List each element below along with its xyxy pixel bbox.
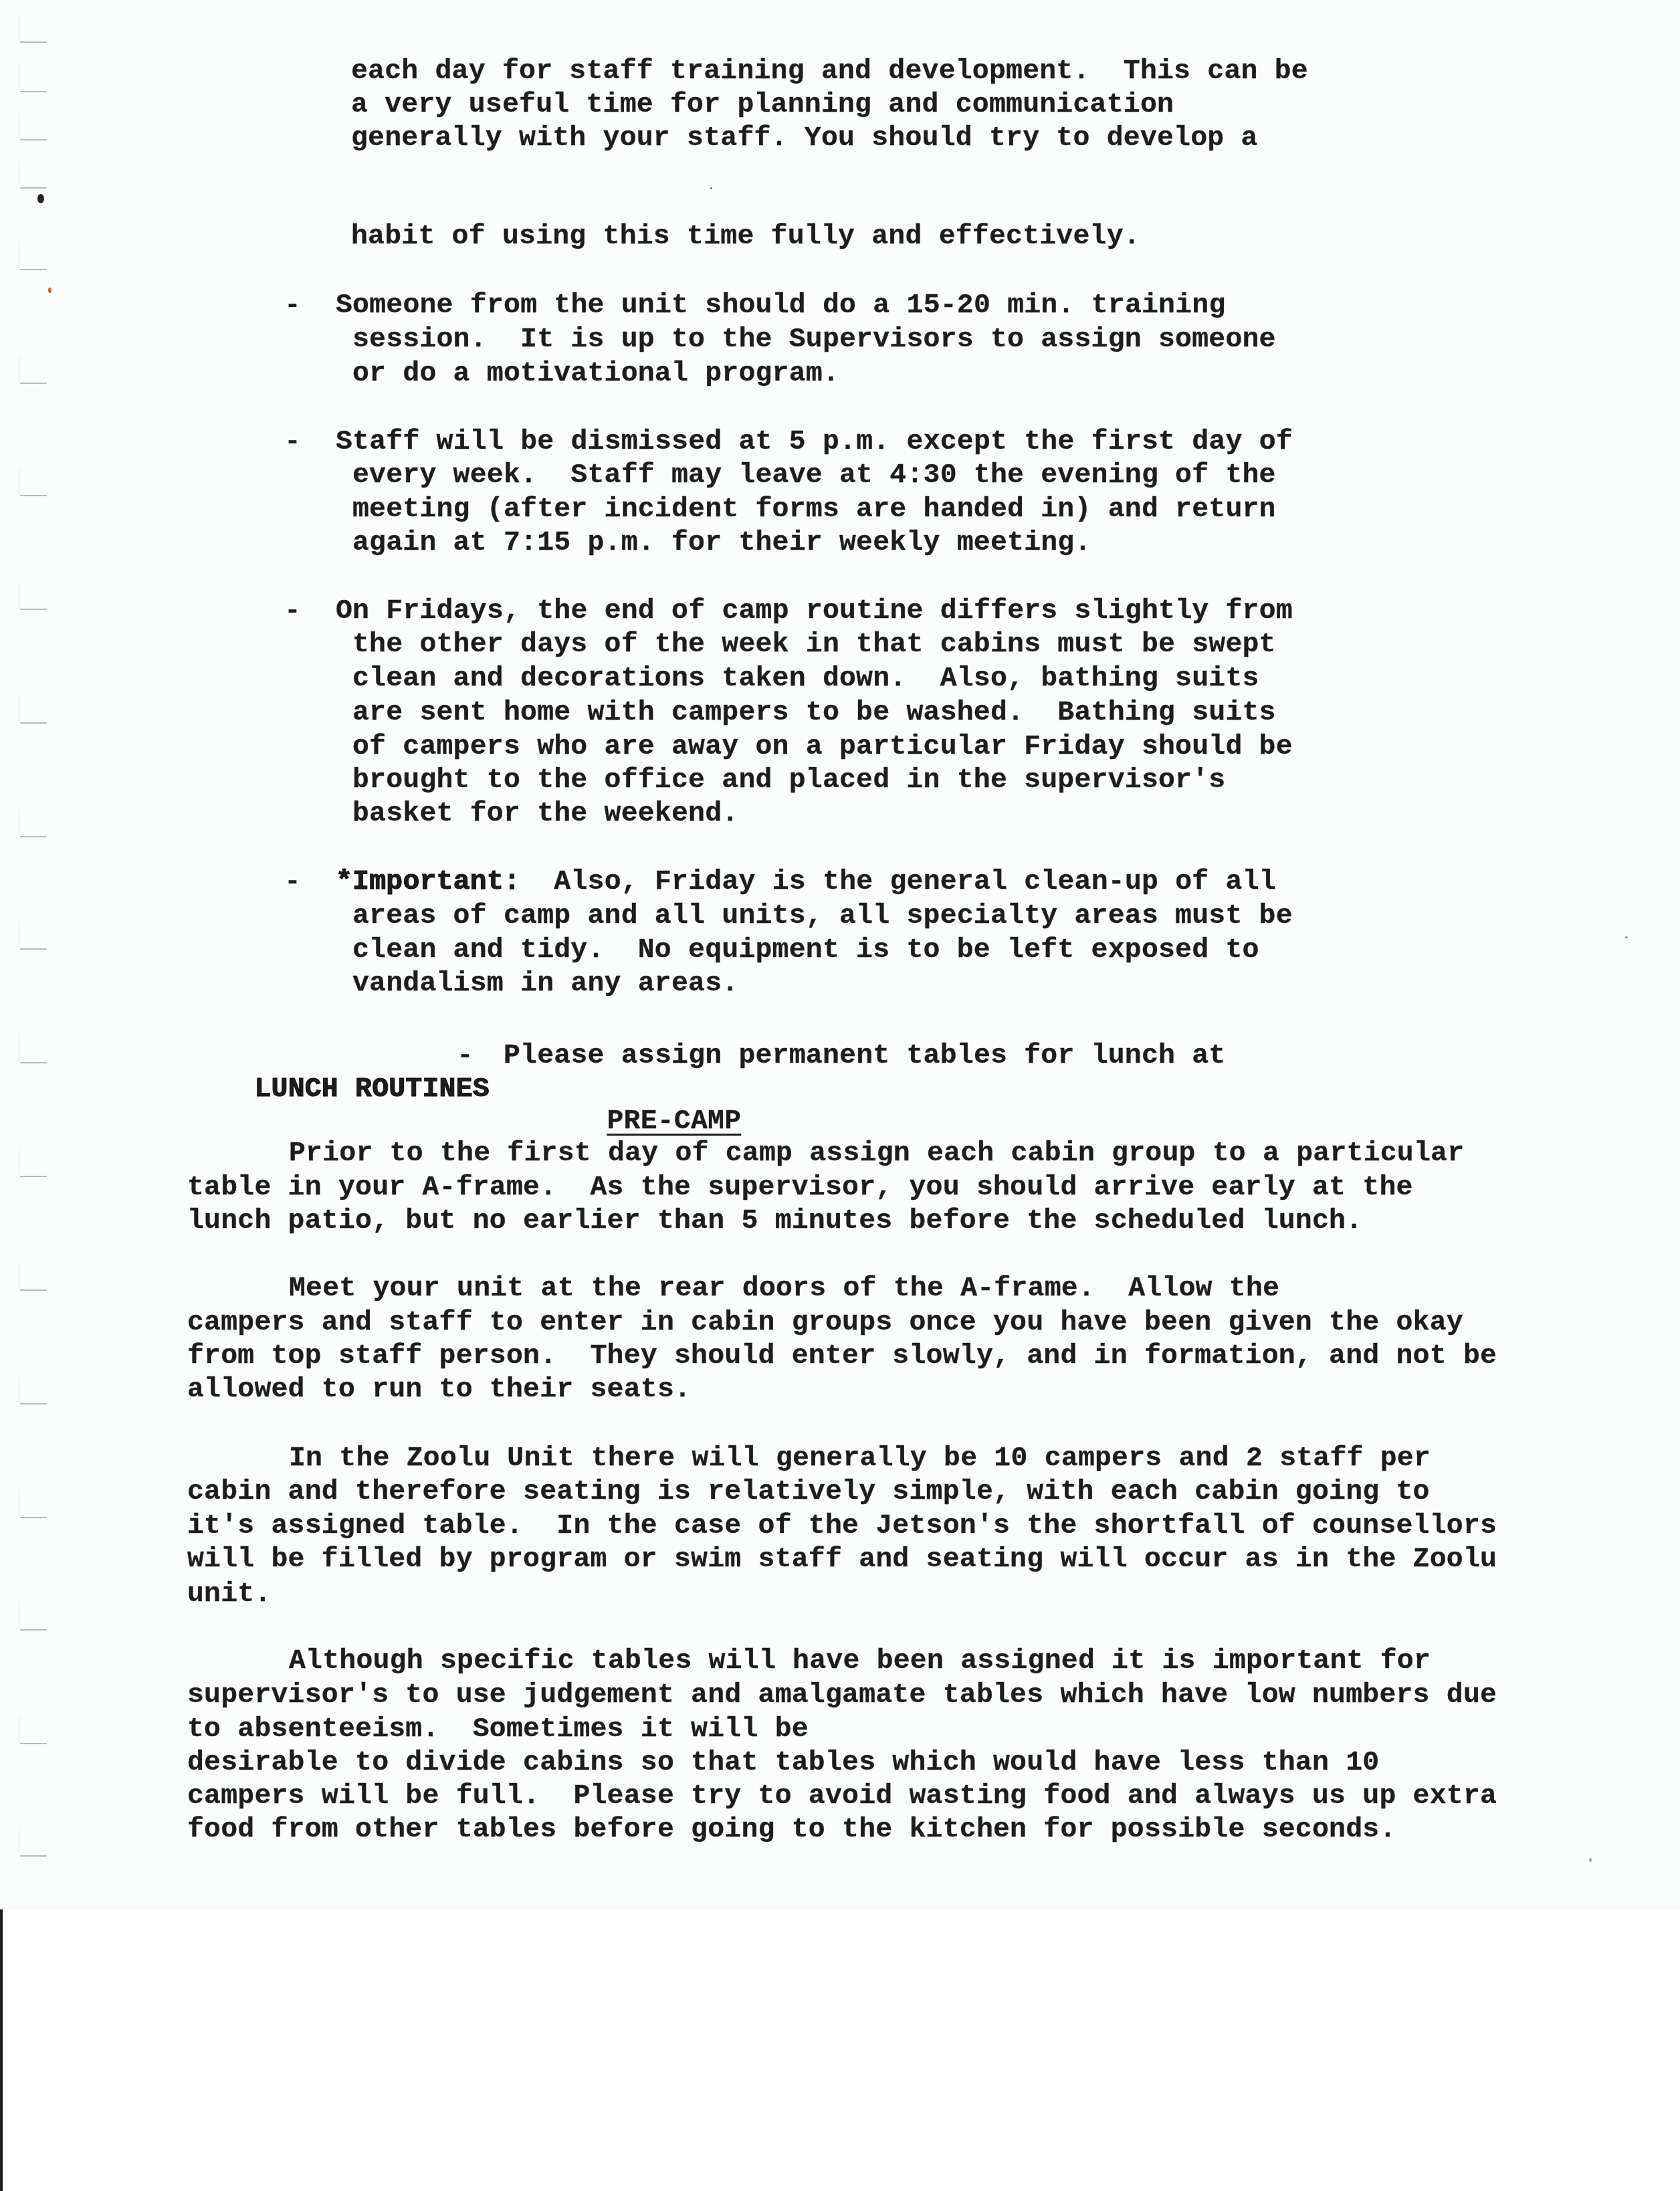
paragraph-line: Meet your unit at the rear doors of the … [289, 1272, 1279, 1306]
bullet-line: basket for the weekend. [352, 797, 738, 831]
paragraph-line: table in your A-frame. As the supervisor… [187, 1171, 1413, 1205]
bullet-line: again at 7:15 p.m. for their weekly meet… [352, 526, 1091, 560]
binder-hole-mark [20, 1176, 47, 1177]
section-heading: LUNCH ROUTINES [254, 1073, 489, 1105]
binder-hole-mark [20, 722, 47, 724]
paragraph-line: desirable to divide cabins so that table… [187, 1746, 1379, 1780]
scan-speck [710, 187, 712, 189]
bullet-line: clean and decorations taken down. Also, … [352, 662, 1259, 696]
paragraph-line: In the Zoolu Unit there will generally b… [289, 1442, 1431, 1475]
binder-hole-mark [20, 1743, 47, 1744]
binder-hole-mark [20, 41, 47, 43]
bullet-line: areas of camp and all units, all special… [352, 900, 1293, 933]
section-subheading: PRE-CAMP [607, 1106, 741, 1137]
bullet-line: meeting (after incident forms are handed… [352, 493, 1276, 526]
paragraph-line: it's assigned table. In the case of the … [187, 1509, 1497, 1543]
intro-line: a very useful time for planning and comm… [351, 88, 1174, 122]
bullet-line: or do a motivational program. [352, 357, 839, 391]
paragraph-line: food from other tables before going to t… [187, 1813, 1396, 1847]
paragraph-line: campers will be full. Please try to avoi… [187, 1780, 1497, 1813]
intro-line: generally with your staff. You should tr… [351, 122, 1258, 155]
intro-line: habit of using this time fully and effec… [351, 220, 1140, 253]
paragraph-line: unit. [187, 1578, 272, 1611]
paragraph-line: Prior to the first day of camp assign ea… [289, 1137, 1464, 1170]
important-label: *Important: [336, 866, 520, 898]
binder-hole-mark [20, 495, 47, 496]
paragraph-line: lunch patio, but no earlier than 5 minut… [187, 1205, 1362, 1238]
binder-hole-mark [20, 91, 47, 92]
binder-hole-mark [20, 139, 47, 140]
scan-speck [37, 194, 44, 203]
bullet-line: every week. Staff may leave at 4:30 the … [352, 459, 1276, 492]
bullet-text: Also, Friday is the general clean-up of … [520, 866, 1276, 898]
binder-hole-mark [20, 1062, 47, 1063]
bullet-line: the other days of the week in that cabin… [352, 628, 1276, 661]
paragraph-line: from top staff person. They should enter… [187, 1340, 1497, 1373]
bullet-line: *Important: Also, Friday is the general … [336, 865, 1276, 899]
scan-edge-line [0, 1909, 3, 2191]
intro-line: each day for staff training and developm… [351, 55, 1308, 88]
section-heading-line: LUNCH ROUTINES [187, 1039, 490, 1073]
section-heading-text: Please assign permanent tables for lunch… [504, 1039, 1225, 1073]
section-subheading-line: PRE-CAMP [540, 1071, 741, 1105]
section-separator: - [457, 1039, 474, 1073]
bullet-line: Staff will be dismissed at 5 p.m. except… [336, 425, 1293, 459]
bullet-dash: - [284, 595, 301, 628]
binder-hole-mark [20, 609, 47, 610]
scan-speck [1589, 1858, 1592, 1862]
bullet-line: of campers who are away on a particular … [352, 730, 1293, 764]
paragraph-line: Although specific tables will have been … [289, 1645, 1431, 1678]
binder-hole-mark [20, 1403, 47, 1404]
binder-hole-mark [20, 836, 47, 837]
binder-hole-mark [20, 1289, 47, 1291]
binder-hole-mark [20, 187, 47, 189]
paragraph-line: supervisor's to use judgement and amalga… [187, 1679, 1497, 1712]
binder-hole-mark [20, 269, 47, 270]
bullet-line: brought to the office and placed in the … [352, 764, 1225, 797]
binder-hole-mark [20, 1629, 47, 1631]
scan-speck [48, 288, 51, 293]
bullet-line: vandalism in any areas. [352, 967, 738, 1001]
bullet-dash: - [284, 289, 301, 322]
paragraph-line: campers and staff to enter in cabin grou… [187, 1306, 1463, 1340]
binder-hole-mark [20, 383, 47, 384]
bullet-line: clean and tidy. No equipment is to be le… [352, 934, 1259, 967]
paragraph-line: to absenteeism. Sometimes it will be [187, 1713, 809, 1746]
bullet-dash: - [284, 425, 301, 459]
paragraph-line: cabin and therefore seating is relativel… [187, 1475, 1430, 1509]
bullet-line: Someone from the unit should do a 15-20 … [336, 289, 1226, 322]
paragraph-line: will be filled by program or swim staff … [187, 1543, 1497, 1576]
bullet-line: On Fridays, the end of camp routine diff… [336, 595, 1293, 628]
paragraph-line: allowed to run to their seats. [187, 1373, 691, 1406]
scan-speck [1625, 936, 1628, 938]
binder-hole-mark [20, 948, 47, 950]
bullet-dash: - [284, 865, 301, 899]
bullet-line: session. It is up to the Supervisors to … [352, 323, 1276, 356]
binder-hole-mark [20, 1517, 47, 1518]
bullet-line: are sent home with campers to be washed.… [352, 696, 1276, 730]
binder-hole-mark [20, 1855, 47, 1857]
